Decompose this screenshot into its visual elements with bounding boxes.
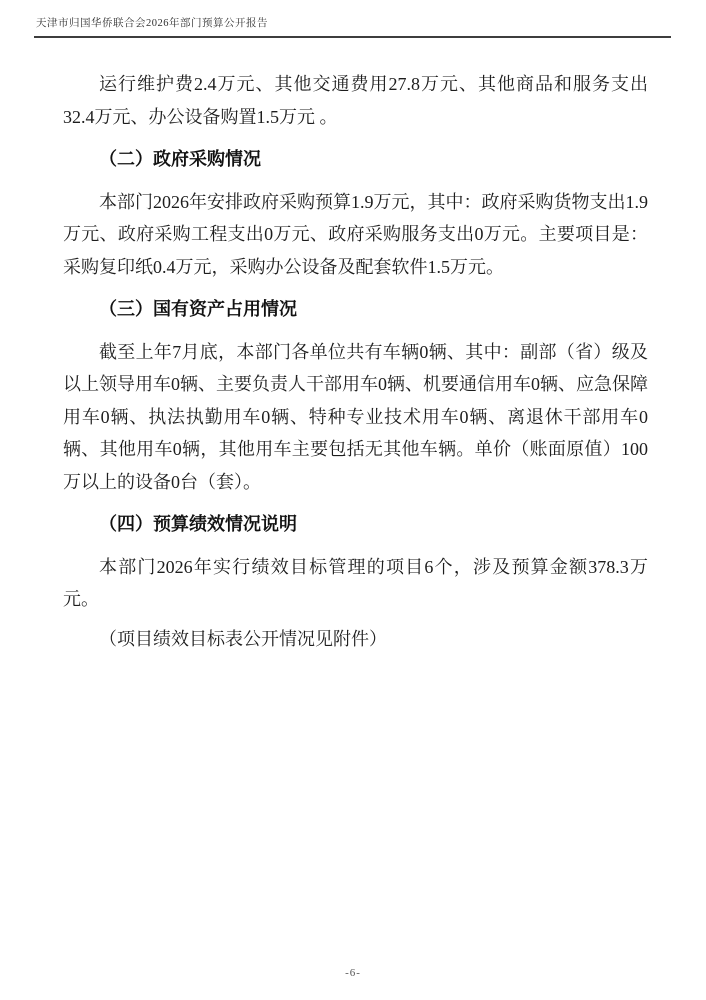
paragraph-state-owned-assets: 截至上年7月底，本部门各单位共有车辆0辆、其中：副部（省）级及以上领导用车0辆、…	[63, 336, 648, 499]
document-page: 天津市归国华侨联合会2026年部门预算公开报告 运行维护费2.4万元、其他交通费…	[0, 0, 706, 1000]
paragraph-attachment-note: （项目绩效目标表公开情况见附件）	[63, 623, 648, 656]
document-content: 运行维护费2.4万元、其他交通费用27.8万元、其他商品和服务支出32.4万元、…	[63, 68, 648, 655]
page-number: -6-	[345, 967, 361, 979]
paragraph-government-procurement: 本部门2026年安排政府采购预算1.9万元，其中：政府采购货物支出1.9万元、政…	[63, 186, 648, 284]
header-divider	[34, 36, 671, 38]
page-header-title: 天津市归国华侨联合会2026年部门预算公开报告	[36, 17, 268, 31]
heading-government-procurement: （二）政府采购情况	[63, 143, 648, 176]
paragraph-operating-costs: 运行维护费2.4万元、其他交通费用27.8万元、其他商品和服务支出32.4万元、…	[63, 68, 648, 133]
page-footer: -6-	[0, 963, 706, 981]
heading-state-owned-assets: （三）国有资产占用情况	[63, 293, 648, 326]
paragraph-budget-performance: 本部门2026年实行绩效目标管理的项目6个，涉及预算金额378.3万元。	[63, 551, 648, 616]
heading-budget-performance: （四）预算绩效情况说明	[63, 508, 648, 541]
